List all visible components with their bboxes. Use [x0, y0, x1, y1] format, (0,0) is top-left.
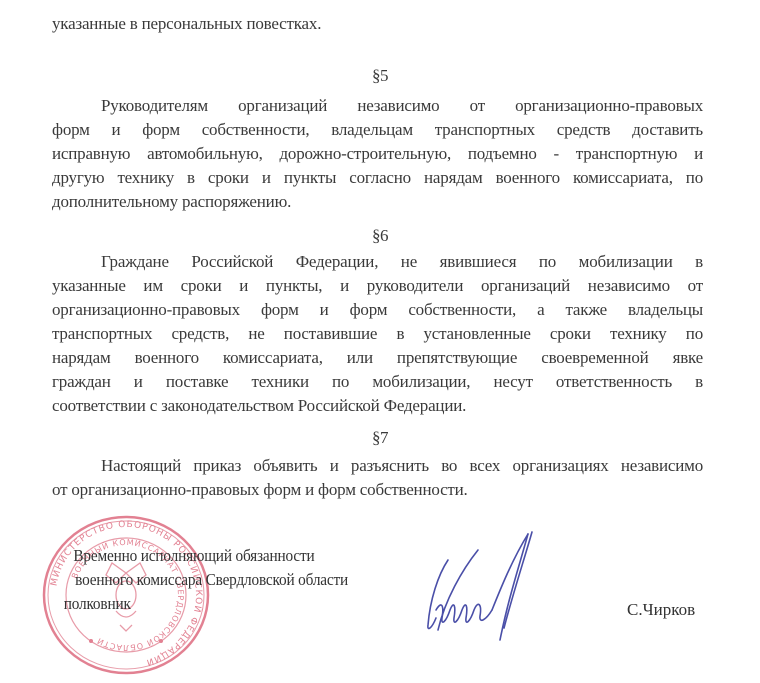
- section-6-line: транспортных средств, не поставившие в у…: [52, 322, 703, 346]
- signer-rank: полковник: [64, 592, 131, 616]
- section-6-heading: §6: [0, 224, 760, 248]
- section-7-line: от организационно-правовых форм и форм с…: [52, 478, 703, 502]
- signer-position-line: Временно исполняющий обязанности: [73, 544, 314, 568]
- section-6-line: указанные им сроки и пункты, и руководит…: [52, 274, 703, 298]
- section-5-line: исправную автомобильную, дорожно-строите…: [52, 142, 703, 166]
- handwritten-signature-icon: [400, 530, 590, 650]
- section-6-line: организационно-правовых форм и форм собс…: [52, 298, 703, 322]
- section-5-line: дополнительному распоряжению.: [52, 190, 703, 214]
- section-6-line: граждан и поставке техники по мобилизаци…: [52, 370, 703, 394]
- signer-name: С.Чирков: [627, 598, 695, 622]
- signer-position-line: военного комиссара Свердловской области: [75, 568, 348, 592]
- section-5-line: Руководителям организаций независимо от …: [101, 94, 703, 118]
- intro-tail-text: указанные в персональных повестках.: [52, 12, 703, 36]
- section-5-line: форм и форм собственности, владельцам тр…: [52, 118, 703, 142]
- section-5-line: другую технику в сроки и пункты согласно…: [52, 166, 703, 190]
- section-6-line: нарядам военного комиссариата, или препя…: [52, 346, 703, 370]
- section-5-heading: §5: [0, 64, 760, 88]
- section-6-line: соответствии с законодательством Российс…: [52, 394, 703, 418]
- document-page: указанные в персональных повестках. §5 Р…: [0, 0, 760, 683]
- section-7-line: Настоящий приказ объявить и разъяснить в…: [101, 454, 703, 478]
- section-6-line: Граждане Российской Федерации, не явивши…: [101, 250, 703, 274]
- section-7-heading: §7: [0, 426, 760, 450]
